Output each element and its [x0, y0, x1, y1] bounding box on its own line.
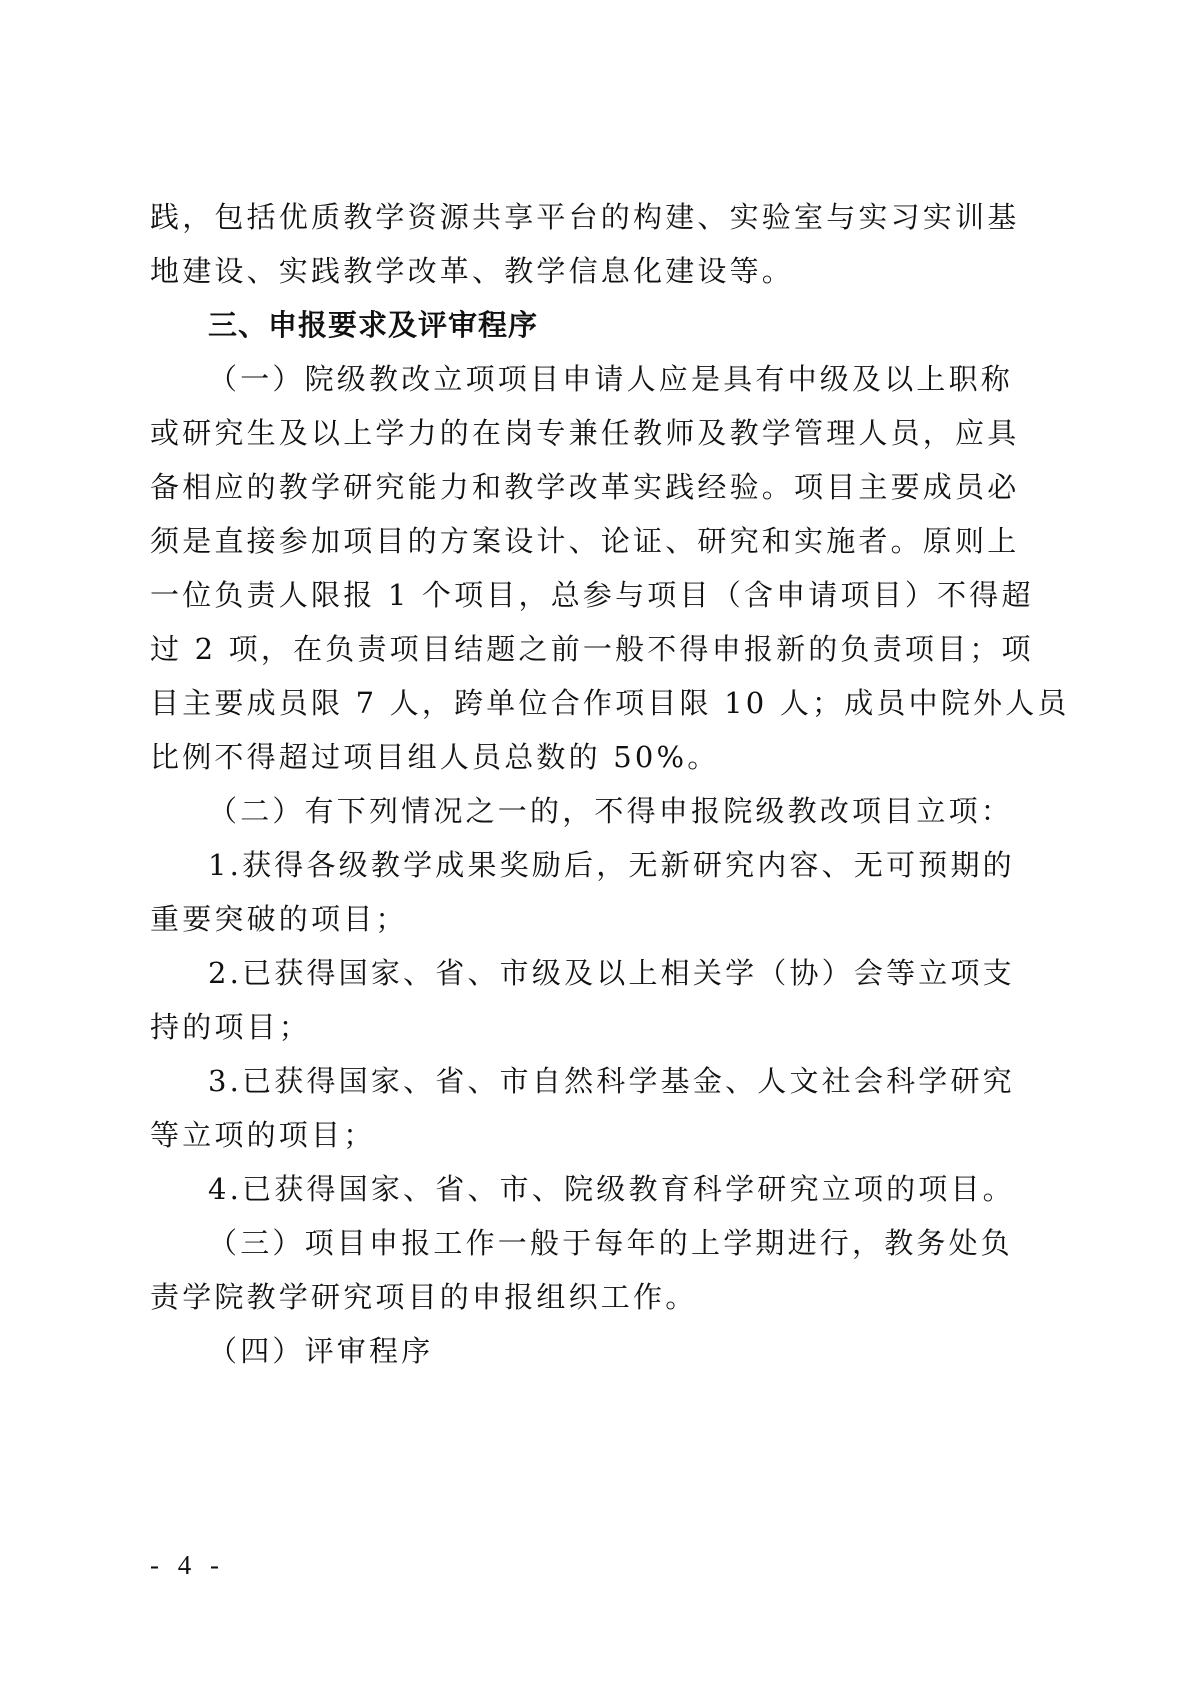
list-item-continuation: 重要突破的项目； [150, 902, 960, 936]
paragraph-line: 比例不得超过项目组人员总数的 50%。 [150, 740, 960, 774]
subsection-heading: （四）评审程序 [208, 1334, 960, 1368]
section-heading: 三、申报要求及评审程序 [208, 308, 960, 342]
paragraph-line: 或研究生及以上学力的在岗专兼任教师及教学管理人员，应具 [150, 416, 960, 450]
paragraph-line: 须是直接参加项目的方案设计、论证、研究和实施者。原则上 [150, 524, 960, 558]
list-item-continuation: 等立项的项目； [150, 1118, 960, 1152]
paragraph-line: 过 2 项，在负责项目结题之前一般不得申报新的负责项目；项 [150, 632, 960, 666]
paragraph-line: （一）院级教改立项项目申请人应是具有中级及以上职称 [208, 362, 960, 396]
subsection-heading: （二）有下列情况之一的，不得申报院级教改项目立项： [208, 794, 960, 828]
paragraph-line: 一位负责人限报 1 个项目，总参与项目（含申请项目）不得超 [150, 578, 960, 612]
paragraph-line: 地建设、实践教学改革、教学信息化建设等。 [150, 254, 960, 288]
list-item-continuation: 持的项目； [150, 1010, 960, 1044]
paragraph-line: 践，包括优质教学资源共享平台的构建、实验室与实习实训基 [150, 200, 960, 234]
list-item: 3.已获得国家、省、市自然科学基金、人文社会科学研究 [208, 1064, 960, 1098]
list-item: 1.获得各级教学成果奖励后，无新研究内容、无可预期的 [208, 848, 960, 882]
paragraph-line: 目主要成员限 7 人，跨单位合作项目限 10 人；成员中院外人员 [150, 686, 960, 720]
document-page: 践，包括优质教学资源共享平台的构建、实验室与实习实训基 地建设、实践教学改革、教… [0, 0, 1191, 1684]
list-item: 2.已获得国家、省、市级及以上相关学（协）会等立项支 [208, 956, 960, 990]
list-item: 4.已获得国家、省、市、院级教育科学研究立项的项目。 [208, 1172, 960, 1206]
paragraph-line: 责学院教学研究项目的申报组织工作。 [150, 1280, 960, 1314]
paragraph-line: 备相应的教学研究能力和教学改革实践经验。项目主要成员必 [150, 470, 960, 504]
subsection-heading: （三）项目申报工作一般于每年的上学期进行，教务处负 [208, 1226, 960, 1260]
page-number: - 4 - [150, 1548, 225, 1582]
